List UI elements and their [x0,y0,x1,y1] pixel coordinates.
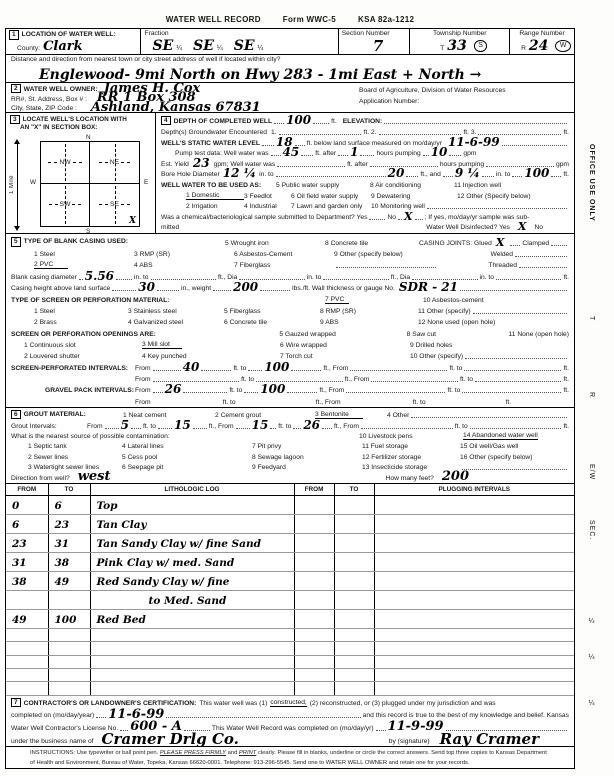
plug-from [294,515,334,534]
openings-title-line: SCREEN OR PERFORATION OPENINGS ARE:5 Gau… [6,326,574,337]
gauge-value: SDR - 21 [399,283,458,292]
fraction-cell: Fraction SE¼ SE¼ SE¼ [141,29,338,54]
dots [551,241,567,246]
disinfected-line: mittedWater Well Disinfected? YesXNo [156,221,574,232]
option: 4 Lateral lines [122,443,252,450]
dots [473,309,567,314]
openings-row-1: 1 Continuous slot3 Mill slot6 Wire wrapp… [6,338,574,349]
option: 8 Sewage lagoon [252,454,362,461]
dots [496,275,561,280]
dots [260,286,290,291]
well-location-x-mark: X [129,218,136,225]
option-selected: 2 PVC [34,261,68,269]
grout-intervals-line: Grout Intervals:From5ft. to15ft., From15… [6,419,574,429]
plug-intervals [374,553,574,572]
lith-from [6,642,48,655]
option: 4 Key punched [142,353,280,360]
dots [287,388,317,393]
instructions-line-2: of Health and Environment, Bureau of Wat… [30,759,562,768]
spacer [341,405,413,406]
casing-diameter-line: Blank casing diameter5.56in. toft., Diai… [6,269,574,280]
north-label: N [86,134,91,141]
section2-owner: 2WATER WELL OWNER:James H. Cox RR#, St. … [6,83,574,113]
lith-row [6,629,574,642]
dots [166,713,360,718]
lith-header-log: LITHOLOGIC LOG [90,484,294,496]
lith-row: 49100Red Bed [6,610,574,629]
lith-row [6,682,574,695]
dots [376,726,386,731]
dots [213,286,231,291]
plug-intervals [374,610,574,629]
lith-to-value: 49 [55,576,70,588]
option: 10 Monitoring well [371,203,425,210]
option: 4 Industrial [244,203,291,210]
option-selected: 14 Abandoned water well [463,432,538,440]
option-selected: 3 Mill slot [142,341,182,349]
lith-log: Red Bed [90,610,294,629]
plug-from [294,591,334,610]
option: 12 Fertilizer storage [362,454,460,461]
dots [443,172,453,177]
lith-log-value: Red Bed [97,614,146,626]
section5-number: 5 [11,237,21,247]
contamination-row-1: 1 Septic tank4 Lateral lines7 Pit privy1… [6,440,574,450]
plug-from [294,642,334,655]
plug-intervals [374,496,574,515]
option: 15 Oil well/Gas well [460,443,518,450]
dash [48,162,57,163]
lith-log-value: Tan Sandy Clay w/ fine Sand [97,538,261,550]
grout-title-line: 6GROUT MATERIAL:1 Neat cement2 Cement gr… [6,409,574,419]
dots [291,366,321,371]
dots [338,151,348,156]
option: 4 Other [387,412,409,419]
dots [460,286,567,291]
application-number-label: Application Number: [359,98,568,105]
lith-log [90,682,294,695]
plug-from [294,534,334,553]
option: 7 Torch cut [280,353,410,360]
option: 7 Fiberglass [234,262,334,269]
dots [313,119,329,124]
option: 6 Oil field water supply [291,193,371,200]
township-value: 33 [447,41,466,52]
dots [244,388,258,393]
water-well-record-page: WATER WELL RECORD Form WWC-5 KSA 82a-121… [0,0,614,776]
section3-title: LOCATE WELL'S LOCATION WITH [23,116,127,123]
dots [301,151,313,156]
option: 2 Brass [34,319,128,326]
pump-test-line: Pump test data: Well water was45ft. afte… [156,147,574,158]
plug-from [294,655,334,668]
casing-row-2: 2 PVC4 ABS7 FiberglassThreaded [6,258,574,269]
lith-to: 38 [48,553,90,572]
dots [193,424,207,429]
lith-log [90,629,294,642]
distance-row: Distance and direction from nearest town… [6,55,574,83]
lith-log: Tan Clay [90,515,294,534]
dots [462,465,567,470]
lith-to: 49 [48,572,90,591]
lith-log: Pink Clay w/ med. Sand [90,553,294,572]
option: 2 Irrigation [186,203,244,210]
section-number-label: Section Number [342,30,407,37]
fraction-3: SE [234,41,255,52]
option: 10 Livestock pens [359,433,463,440]
lith-to: 6 [48,496,90,515]
lith-row: to Med. Sand [6,591,574,610]
option: 5 Fiberglass [224,308,320,315]
dots [153,366,181,371]
dots [412,275,477,280]
plug-intervals [374,642,574,655]
lith-row: 3138Pink Clay w/ med. Sand [6,553,574,572]
use-row-3: 2 Irrigation4 Industrial7 Lawn and garde… [156,200,574,211]
lith-header-from: FROM [6,484,48,496]
dots [482,172,494,177]
dots [350,366,447,371]
dots [256,377,342,382]
lith-row [6,655,574,668]
section7-certification: 7CONTRACTOR'S OR LANDOWNER'S CERTIFICATI… [6,696,574,747]
lith-from-value: 23 [12,538,27,550]
lith-log-value: Tan Clay [97,519,147,531]
lith-from-value: 0 [12,500,19,512]
openings-row-2: 2 Louvered shutter4 Key punched7 Torch c… [6,349,574,360]
spacer [539,744,569,745]
option: 6 Wire wrapped [280,342,410,349]
measured-date: 11-6-99 [448,138,500,147]
lith-log-value: Top [97,500,118,512]
dots [371,377,457,382]
option: 1 Septic tank [28,443,122,450]
form-title: WATER WELL RECORD [166,15,261,24]
plug-from [294,572,334,591]
screen-material-row-1: 1 Steel3 Stainless steel5 Fiberglass8 RM… [6,304,574,315]
lithologic-table: FROM TO LITHOLOGIC LOG FROM TO PLUGGING … [6,484,574,696]
instructions-block: INSTRUCTIONS: Use typewriter or ball poi… [6,746,574,768]
city-label: City, State, ZIP Code : [11,105,77,112]
section1-title: 1LOCATION OF WATER WELL: [9,30,137,40]
dots [462,388,561,393]
form-number: Form WWC-5 [283,15,336,24]
grout-to-1: 15 [174,421,191,430]
option: 12 Other (Specify below) [457,193,531,200]
dots [465,354,567,359]
pump-gpm-value: 10 [431,148,448,157]
option: 9 Feedyard [252,464,362,471]
section-number-cell: Section Number 7 [339,29,411,54]
lith-from-value: 6 [12,519,19,531]
distance-label: Distance and direction from nearest town… [11,56,569,63]
lith-to-value: 6 [55,500,62,512]
lith-from-value: 31 [12,557,27,569]
option: 6 Asbestos-Cement [234,251,334,258]
plug-header-from: FROM [294,484,334,496]
instructions-line-1: INSTRUCTIONS: Use typewriter or ball poi… [30,749,562,758]
dots [112,286,136,291]
mile-arrow: 1 Mile [9,143,18,227]
dots [502,141,567,146]
dots [336,263,436,268]
lith-to-value: 38 [55,557,70,569]
disinfected-yes-x-mark: X [518,223,527,231]
west-label: W [30,179,36,186]
spacer [469,481,569,482]
option: 4 Galvanized steel [128,319,224,326]
bore-depth-2: 100 [524,169,549,178]
section-number-value: 7 [373,41,383,52]
plug-intervals [374,682,574,695]
plug-from [294,496,334,515]
lith-header-row: FROM TO LITHOLOGIC LOG FROM TO PLUGGING … [6,484,574,496]
dots [271,151,281,156]
lith-from: 6 [6,515,48,534]
dots [157,286,179,291]
dots [323,275,388,280]
gravel-interval-to: 100 [260,385,285,394]
cert-line-1: 7CONTRACTOR'S OR LANDOWNER'S CERTIFICATI… [11,698,569,708]
est-yield-line: Est. Yield23gpm; Well water wasft. after… [156,157,574,168]
plug-from [294,682,334,695]
dots [449,151,461,156]
lith-to-value: 23 [55,519,70,531]
spacer [426,405,506,406]
lith-to-value: 31 [55,538,70,550]
lith-table-body: 06Top623Tan Clay2331Tan Sandy Clay w/ fi… [6,496,574,695]
board-label: Board of Agriculture, Division of Water … [359,87,568,94]
option: 1 Neat cement [123,412,215,419]
dash [73,162,82,163]
lith-header-to: TO [48,484,90,496]
contamination-title-line: What is the nearest source of possible c… [6,430,574,440]
dots [384,119,567,124]
quadrant-ne: NE [90,142,139,184]
dots [96,713,106,718]
owner-label: WATER WELL OWNER: [24,86,98,93]
lith-to [48,642,90,655]
fraction-2: SE [193,41,214,52]
dots [515,252,567,257]
city-line: City, State, ZIP Code :Ashland, Kansas 6… [6,103,359,113]
option: 5 Cess pool [122,454,252,461]
quarter-glyph: ¼ [258,45,264,52]
cert-line-4: under the business name ofCramer Drlg Co… [11,734,569,745]
option: 10 Asbestos-cement [423,297,484,304]
spacer [11,405,135,406]
section5-casing: 5TYPE OF BLANK CASING USED:5 Wrought iro… [6,234,574,407]
dots [236,424,250,429]
form-statute: KSA 82a-1212 [358,15,414,24]
completed-date-value: 11-6-99 [108,710,164,720]
plug-from [294,553,334,572]
dots [361,424,453,429]
dots [475,377,561,382]
dots [551,172,561,177]
dots [79,275,83,280]
dash [121,204,130,205]
lith-to [48,591,90,610]
lith-to: 100 [48,610,90,629]
casing-title-line: 5TYPE OF BLANK CASING USED:5 Wrought iro… [6,235,574,246]
option: 1 Steel [34,251,134,258]
lith-log: to Med. Sand [90,591,294,610]
option: 16 Other (specify below) [460,454,532,461]
screen-material-title-line: TYPE OF SCREEN OR PERFORATION MATERIAL:7… [6,292,574,303]
section1-location-row: 1LOCATION OF WATER WELL: County:Clark Fr… [6,29,574,55]
office-quarter-1: ¼ [588,618,595,626]
casing-height-line: Casing height above land surface30in., w… [6,281,574,292]
dots [270,424,276,429]
use-row-2: 1 Domestic3 Feedlot6 Oil field water sup… [156,189,574,200]
dots [346,388,445,393]
township-label: Township Number [413,30,506,37]
bore-diameter-2: 9 ¼ [455,169,480,178]
office-quarter-3: ¼ [588,700,595,708]
groundwater-line: Depth(s) Groundwater Encountered1.ft. 2.… [156,125,574,136]
option: 11 None (open hole) [509,331,569,338]
option-selected: 3 Bentonite [315,411,363,419]
quarter-glyph: ¼ [176,45,182,52]
dots [262,141,274,146]
option: 7 Pit privy [252,443,362,450]
option: 3 Feedlot [244,193,291,200]
lith-log-value: to Med. Sand [149,595,227,607]
dots [423,151,429,156]
bore-diameter-1: 12 ¼ [223,169,256,178]
option: 8 Saw cut [407,331,509,338]
direction-line: Direction from well?westHow many feet?20… [6,471,574,481]
section6-number: 6 [11,410,21,420]
dash [49,204,58,205]
option: 11 Other (specify) [418,308,471,315]
option: 4 ABS [134,262,234,269]
grout-to-2: 26 [303,421,320,430]
dots [464,366,561,371]
option: 9 Drilled holes [410,342,452,349]
depth-value: 100 [286,116,311,125]
option: 3 RMP (SR) [134,251,234,258]
plug-intervals [374,655,574,668]
option: 5 Wrought iron [225,240,325,247]
range-label: Range Number [513,30,571,37]
plug-header-to: TO [334,484,374,496]
option-selected: 1 Domestic [186,192,244,200]
lith-from [6,668,48,681]
plug-to [334,682,374,695]
option: 1 Continuous slot [24,342,142,349]
lith-from [6,591,48,610]
casing-row-1: 1 Steel3 RMP (SR)6 Asbestos-Cement9 Othe… [6,247,574,258]
dots [153,377,239,382]
office-township-label: T [588,316,595,321]
mile-label: 1 Mile [9,175,15,194]
option: 12 None used (open hole) [418,319,495,326]
dots [277,162,345,167]
static-water-level-line: WELL'S STATIC WATER LEVEL18ft. below lan… [156,136,574,147]
lith-from-value: 49 [12,614,27,626]
lith-from: 38 [6,572,48,591]
dots [427,204,567,209]
plug-to [334,553,374,572]
section4-number: 4 [161,116,171,126]
plug-to [334,668,374,681]
option: 8 Air conditioning [370,182,454,189]
lith-to [48,682,90,695]
option: 3 Stainless steel [128,308,224,315]
spacer [543,230,569,231]
section7-number: 7 [11,698,21,708]
plug-intervals [374,572,574,591]
option: 8 RMP (SR) [320,308,418,315]
lith-from [6,682,48,695]
plug-from [294,610,334,629]
plug-intervals [374,515,574,534]
office-use-only-label: OFFICE USE ONLY [588,144,595,222]
lith-row: 623Tan Clay [6,515,574,534]
casing-weight-value: 200 [233,283,258,292]
quarter-glyph: ¼ [217,45,223,52]
plug-intervals [374,668,574,681]
lith-to [48,629,90,642]
lith-from [6,655,48,668]
plug-to [334,629,374,642]
lith-log: Tan Sandy Clay w/ fine Sand [90,534,294,553]
lith-row: 3849Red Sandy Clay w/ fine [6,572,574,591]
option: 2 Louvered shutter [24,353,142,360]
lith-log-value: Red Sandy Clay w/ fine [97,576,230,588]
plug-to [334,591,374,610]
bore-hole-line: Bore Hole Diameter12 ¼in. to20ft., and9 … [156,168,574,179]
option: 5 Gauzed wrapped [279,331,406,338]
plug-to [334,496,374,515]
dots [276,172,386,177]
south-label: S [86,228,90,235]
form-body: 1LOCATION OF WATER WELL: County:Clark Fr… [5,28,575,769]
dots [293,424,301,429]
dots [512,172,522,177]
signature-value: Ray Cramer [440,734,539,745]
dots [411,413,567,418]
county-cell: 1LOCATION OF WATER WELL: County:Clark [6,29,141,54]
option: 7 Lawn and garden only [291,203,371,210]
section3-locate: 3LOCATE WELL'S LOCATION WITH AN "X" IN S… [6,113,156,234]
plug-to [334,655,374,668]
chem-no-x-mark: X [404,213,413,221]
range-value: 24 [529,41,548,52]
dots [274,119,284,124]
lith-row: 2331Tan Sandy Clay w/ fine Sand [6,534,574,553]
lith-row [6,668,574,681]
lith-from-value: 38 [12,576,27,588]
dots [510,241,520,246]
east-label: E [144,179,148,186]
plug-intervals [374,534,574,553]
quadrant-nw: NW [41,142,90,184]
option: 9 Dewatering [371,193,457,200]
option: 6 Seepage pit [122,464,252,471]
dots [519,263,567,268]
lith-from: 31 [6,553,48,572]
grout-from-1: 5 [121,421,129,430]
depth-line: 4DEPTH OF COMPLETED WELL100ft.ELEVATION: [156,115,574,126]
dots [201,366,231,371]
option: 9 Other (specify below) [334,251,403,258]
dots [158,424,172,429]
fraction-label: Fraction [144,30,334,37]
lith-to: 23 [48,515,90,534]
